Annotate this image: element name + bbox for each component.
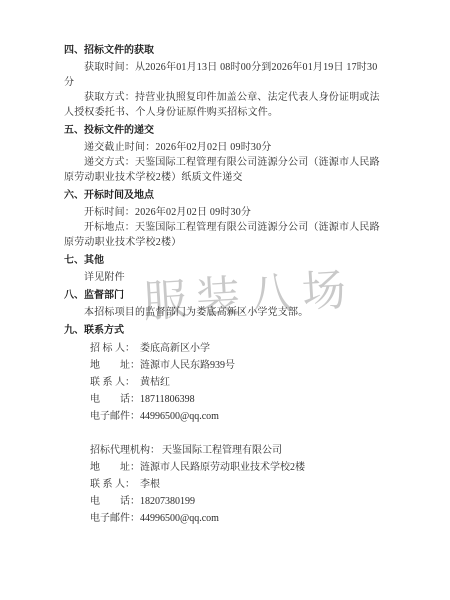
contact-value: 李根 xyxy=(140,479,160,490)
section-paragraph: 本招标项目的监督部门为娄底高新区小学党支部。 xyxy=(64,305,386,320)
contact-row-agency-address: 地 址：涟源市人民路原劳动职业技术学校2楼 xyxy=(64,459,386,476)
tenderer-contact-block: 招 标 人：娄底高新区小学 地 址：涟源市人民东路939号 联 系 人：黄桔红 … xyxy=(64,340,386,425)
contact-label: 联 系 人： xyxy=(90,476,140,493)
section-bid-submission: 五、投标文件的递交 递交截止时间：2026年02月02日 09时30分 递交方式… xyxy=(64,123,386,185)
section-paragraph: 递交方式：天鉴国际工程管理有限公司涟源分公司（涟源市人民路原劳动职业技术学校2楼… xyxy=(64,155,386,185)
section-heading: 四、招标文件的获取 xyxy=(64,43,386,58)
contact-row-agency-phone: 电 话：18207380199 xyxy=(64,493,386,510)
contact-value: 天鉴国际工程管理有限公司 xyxy=(162,445,282,456)
contact-label: 联 系 人： xyxy=(90,374,140,391)
document-body: 四、招标文件的获取 获取时间：从2026年01月13日 08时00分到2026年… xyxy=(64,40,386,527)
section-heading: 八、监督部门 xyxy=(64,288,386,303)
section-other: 七、其他 详见附件 xyxy=(64,253,386,285)
section-bid-opening: 六、开标时间及地点 开标时间：2026年02月02日 09时30分 开标地点：天… xyxy=(64,188,386,250)
contact-row-agency-person: 联 系 人：李根 xyxy=(64,476,386,493)
contact-row-tenderer-email: 电子邮件：44996500@qq.com xyxy=(64,408,386,425)
section-supervision-department: 八、监督部门 本招标项目的监督部门为娄底高新区小学党支部。 xyxy=(64,288,386,320)
agency-contact-block: 招标代理机构：天鉴国际工程管理有限公司 地 址：涟源市人民路原劳动职业技术学校2… xyxy=(64,442,386,527)
contact-label: 电子邮件： xyxy=(90,408,140,425)
contact-label: 招标代理机构： xyxy=(90,442,160,459)
contact-label: 招 标 人： xyxy=(90,340,140,357)
contact-value: 18207380199 xyxy=(140,496,195,507)
contact-row-tenderer-person: 联 系 人：黄桔红 xyxy=(64,374,386,391)
contact-row-tenderer-name: 招 标 人：娄底高新区小学 xyxy=(64,340,386,357)
section-heading: 九、联系方式 xyxy=(64,323,386,338)
section-obtaining-bid-documents: 四、招标文件的获取 获取时间：从2026年01月13日 08时00分到2026年… xyxy=(64,43,386,120)
contact-value: 娄底高新区小学 xyxy=(140,343,210,354)
contact-label: 地 址： xyxy=(90,459,140,476)
section-paragraph: 获取方式：持营业执照复印件加盖公章、法定代表人身份证明或法人授权委托书、个人身份… xyxy=(64,90,386,120)
contact-value: 44996500@qq.com xyxy=(140,411,219,422)
contact-row-agency-email: 电子邮件：44996500@qq.com xyxy=(64,510,386,527)
section-heading: 五、投标文件的递交 xyxy=(64,123,386,138)
section-paragraph: 详见附件 xyxy=(64,270,386,285)
contact-value: 44996500@qq.com xyxy=(140,513,219,524)
contact-row-agency-name: 招标代理机构：天鉴国际工程管理有限公司 xyxy=(64,442,386,459)
contact-label: 电子邮件： xyxy=(90,510,140,527)
section-paragraph: 开标地点：天鉴国际工程管理有限公司涟源分公司（涟源市人民路原劳动职业技术学校2楼… xyxy=(64,220,386,250)
section-heading: 七、其他 xyxy=(64,253,386,268)
section-heading: 六、开标时间及地点 xyxy=(64,188,386,203)
section-paragraph: 递交截止时间：2026年02月02日 09时30分 xyxy=(64,140,386,155)
contact-row-tenderer-address: 地 址：涟源市人民东路939号 xyxy=(64,357,386,374)
contact-label: 电 话： xyxy=(90,391,140,408)
section-contact-info: 九、联系方式 xyxy=(64,323,386,338)
document-page: 服装八场 四、招标文件的获取 获取时间：从2026年01月13日 08时00分到… xyxy=(0,0,450,600)
section-paragraph: 开标时间：2026年02月02日 09时30分 xyxy=(64,205,386,220)
contact-value: 涟源市人民路原劳动职业技术学校2楼 xyxy=(140,462,305,473)
contact-label: 地 址： xyxy=(90,357,140,374)
contact-row-tenderer-phone: 电 话：18711806398 xyxy=(64,391,386,408)
contact-value: 18711806398 xyxy=(140,394,195,405)
contact-value: 黄桔红 xyxy=(140,377,170,388)
contact-value: 涟源市人民东路939号 xyxy=(140,360,235,371)
contact-label: 电 话： xyxy=(90,493,140,510)
section-paragraph: 获取时间：从2026年01月13日 08时00分到2026年01月19日 17时… xyxy=(64,60,386,90)
